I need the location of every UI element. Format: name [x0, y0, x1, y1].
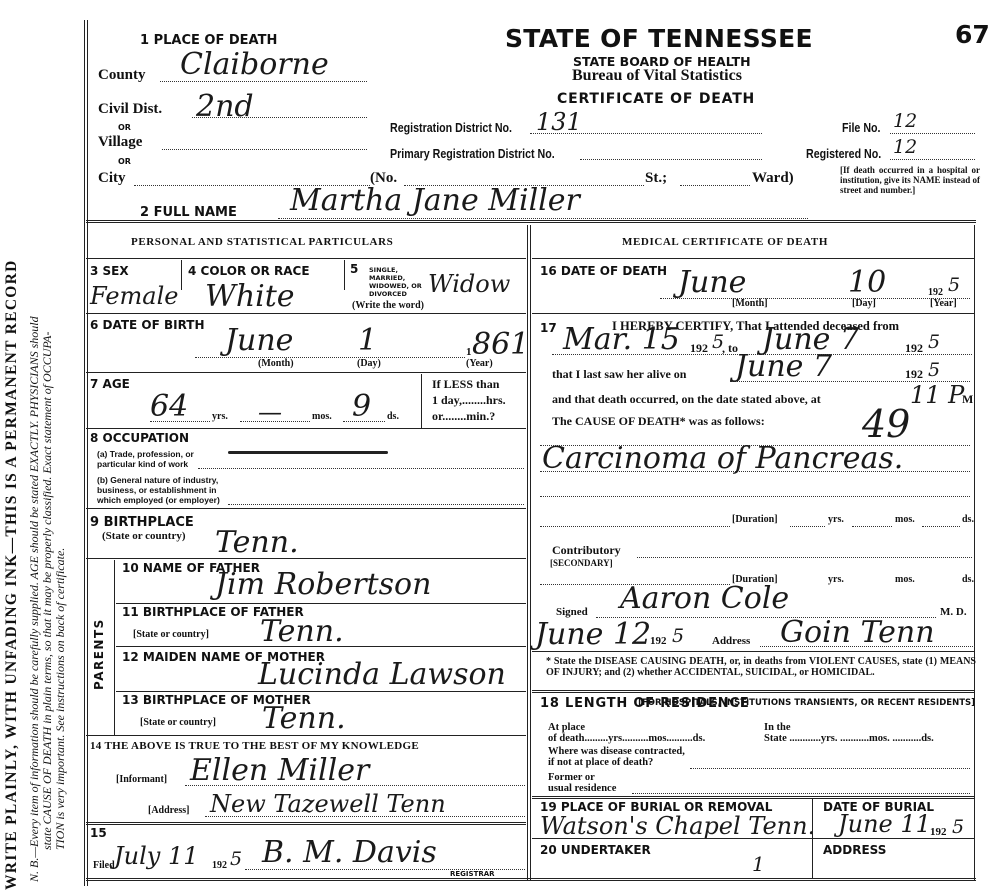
undertaker-address-label: ADDRESS [823, 843, 886, 857]
duration-line-1 [540, 525, 730, 527]
race-divider [344, 260, 345, 290]
signed-date[interactable]: June 12 [535, 620, 651, 650]
informant-label: [Informant] [116, 774, 167, 785]
duration-mos-line-1 [852, 525, 892, 527]
parents-label: PARENTS [92, 618, 106, 690]
medical-rule-4 [532, 690, 974, 693]
personal-rule-5 [86, 508, 526, 509]
parents-rule-3 [116, 691, 526, 692]
dob-year[interactable]: 861 [472, 330, 529, 360]
civil-dist-value[interactable]: 2nd [196, 92, 254, 122]
less-than-line3: or........min.? [432, 409, 495, 424]
primary-registration-label: Primary Registration District No. [390, 146, 555, 161]
duration-yrs-1: yrs. [828, 514, 844, 525]
or-label-2: OR [118, 158, 131, 166]
death-time-suffix: M [962, 392, 973, 407]
full-name-value[interactable]: Martha Jane Miller [290, 186, 580, 216]
birthplace-label: 9 BIRTHPLACE [90, 515, 194, 530]
attended-from-year-prefix: 192 [690, 341, 708, 356]
age-years-value[interactable]: 64 [150, 392, 188, 422]
sex-value[interactable]: Female [90, 284, 179, 308]
age-months-value[interactable]: — [258, 400, 282, 424]
at-place-line1: At place [548, 722, 585, 733]
race-label: 4 COLOR OR RACE [188, 264, 310, 278]
contracted-line1: Where was disease contracted, [548, 746, 685, 757]
primary-registration-field[interactable] [580, 158, 762, 160]
father-name-value[interactable]: Jim Robertson [215, 570, 431, 600]
personal-rule-3 [86, 372, 526, 373]
state-title: STATE OF TENNESSEE [505, 24, 813, 53]
parents-rule-1 [116, 603, 526, 604]
occupation-label: 8 OCCUPATION [90, 431, 189, 445]
death-time[interactable]: 11 P [910, 383, 964, 407]
occupation-b-field[interactable] [228, 503, 524, 505]
informant-value[interactable]: Ellen Miller [190, 756, 369, 786]
registration-district-label: Registration District No. [390, 120, 512, 135]
marital-options: SINGLE, MARRIED, WIDOWED, OR DIVORCED [369, 266, 429, 298]
sex-label: 3 SEX [90, 264, 129, 278]
age-yrs-caption: yrs. [212, 411, 228, 422]
margin-nb-line3: TION is very important. See instructions… [54, 10, 67, 890]
attended-to-year[interactable]: 5 [928, 333, 940, 352]
contracted-line2: if not at place of death? [548, 757, 653, 768]
occupation-b-label: (b) General nature of industry, business… [97, 475, 232, 505]
personal-rule-1 [86, 258, 526, 259]
margin-title: WRITE PLAINLY, WITH UNFADING INK—THIS IS… [2, 10, 22, 890]
hospital-note: [If death occurred in a hospital or inst… [840, 165, 980, 195]
cause-label: The CAUSE OF DEATH* was as follows: [552, 414, 765, 429]
duration-ds-line-1 [922, 525, 960, 527]
personal-rule-4 [86, 428, 526, 429]
birthplace-value[interactable]: Tenn. [215, 528, 299, 558]
right-border [974, 225, 975, 880]
former-line1: Former or [548, 772, 595, 783]
last-saw-value[interactable]: June 7 [735, 352, 832, 382]
margin-instructions: WRITE PLAINLY, WITH UNFADING INK—THIS IS… [2, 10, 67, 890]
dob-year-prefix: 1 [466, 346, 472, 358]
dob-month-caption: (Month) [258, 358, 294, 369]
page-number: 67 [955, 20, 990, 49]
occupation-a-label: (a) Trade, profession, or particular kin… [97, 449, 232, 469]
registrar-label: REGISTRAR [450, 870, 495, 878]
parents-rule-4 [86, 735, 526, 736]
undertaker-label: 20 UNDERTAKER [540, 843, 651, 857]
filed-label: Filed [93, 860, 115, 871]
filed-date[interactable]: July 11 [114, 844, 198, 868]
residence-note: [FOR HOSPITALS, INSTITUTIONS TRANSIENTS,… [560, 697, 975, 709]
duration-yrs-line-1 [790, 525, 825, 527]
dod-month[interactable]: June [678, 268, 746, 298]
physician-address-label: Address [712, 635, 750, 647]
dob-year-caption: (Year) [466, 358, 493, 369]
filed-number: 15 [90, 826, 107, 840]
burial-place-value[interactable]: Watson's Chapel Tenn. [540, 814, 815, 838]
in-state-line2[interactable]: State ............yrs. ...........mos. .… [764, 733, 934, 744]
registered-no-value[interactable]: 12 [893, 138, 917, 157]
informant-rule [86, 822, 526, 825]
certificate-title: CERTIFICATE OF DEATH [557, 91, 755, 107]
county-value[interactable]: Claiborne [180, 50, 329, 80]
informant-address-value[interactable]: New Tazewell Tenn [210, 792, 446, 816]
civil-dist-label: Civil Dist. [98, 101, 162, 118]
filed-year-prefix: 192 [212, 860, 227, 871]
duration-ds-2: ds. [962, 574, 974, 585]
burial-year[interactable]: 5 [952, 818, 964, 837]
less-than-line1: If LESS than [432, 377, 499, 392]
registered-no-label: Registered No. [806, 146, 881, 161]
father-birthplace-sub: [State or country] [133, 629, 209, 640]
age-label: 7 AGE [90, 377, 130, 391]
father-birthplace-label: 11 BIRTHPLACE OF FATHER [122, 607, 242, 617]
last-saw-label: that I last saw her alive on [552, 367, 686, 382]
age-mos-caption: mos. [312, 411, 332, 422]
parents-rule-2 [116, 646, 526, 647]
center-divider [527, 225, 531, 880]
informant-address-label: [Address] [148, 805, 189, 816]
file-no-line [890, 132, 975, 134]
burial-rule [532, 838, 974, 839]
at-place-line2[interactable]: of death.........yrs..........mos.......… [548, 733, 705, 744]
or-label-1: OR [118, 124, 131, 132]
physician-address-value[interactable]: Goin Tenn [780, 618, 935, 648]
mother-birthplace-sub: [State or country] [140, 717, 216, 728]
physician-signature[interactable]: Aaron Cole [620, 584, 789, 614]
father-birthplace-value[interactable]: Tenn. [260, 617, 344, 647]
occupation-a-value[interactable] [228, 451, 388, 454]
dob-month[interactable]: June [225, 326, 293, 356]
registered-no-line [890, 158, 975, 160]
marital-number: 5 [350, 262, 358, 276]
medical-rule-2 [532, 313, 974, 314]
city-label: City [98, 170, 126, 187]
burial-date-value[interactable]: June 11 [838, 812, 931, 836]
name-divider [86, 220, 976, 223]
residence-rule [532, 796, 974, 799]
cause-line-3 [540, 495, 970, 497]
bottom-border [86, 878, 976, 881]
duration-yrs-2: yrs. [828, 574, 844, 585]
bureau-title: Bureau of Vital Statistics [572, 67, 742, 85]
occupation-a-line [198, 467, 524, 469]
last-saw-year-prefix: 192 [905, 367, 923, 382]
residence-note-text: [FOR HOSPITALS, INSTITUTIONS TRANSIENTS,… [638, 698, 975, 708]
age-ds-caption: ds. [387, 411, 399, 422]
registration-district-value[interactable]: 131 [536, 110, 582, 134]
undertaker-value[interactable]: 1 [752, 852, 765, 876]
burial-year-prefix: 192 [930, 826, 947, 838]
contributory-label: Contributory [552, 543, 621, 558]
birthplace-sub: (State or country) [102, 530, 186, 542]
less-than-divider [421, 374, 422, 429]
informant-statement: 14 THE ABOVE IS TRUE TO THE BEST OF MY K… [90, 740, 419, 752]
dod-year-caption: [Year] [930, 298, 957, 309]
last-saw-year[interactable]: 5 [928, 361, 940, 380]
st-label: St.; [645, 170, 667, 187]
duration-label-1: [Duration] [732, 514, 778, 525]
duration-ds-1: ds. [962, 514, 974, 525]
attended-from[interactable]: Mar. 15 [563, 325, 680, 355]
ward-label: Ward) [752, 170, 794, 187]
certify-number: 17 [540, 321, 557, 335]
personal-rule-2 [86, 313, 526, 314]
cause-annotation: 49 [862, 402, 910, 446]
parents-divider [114, 560, 115, 735]
personal-rule-6 [86, 558, 526, 559]
dod-day-caption: [Day] [852, 298, 876, 309]
mother-birthplace-value[interactable]: Tenn. [262, 704, 346, 734]
contributory-field[interactable] [637, 556, 972, 558]
marital-hint: (Write the word) [352, 300, 424, 311]
dod-year-prefix: 192 [928, 287, 943, 298]
dod-year[interactable]: 5 [948, 276, 960, 295]
duration-mos-1: mos. [895, 514, 915, 525]
left-border [84, 20, 88, 886]
dod-day[interactable]: 10 [848, 268, 886, 298]
former-line2: usual residence [548, 783, 616, 794]
medical-rule-1 [532, 258, 974, 259]
mother-name-value[interactable]: Lucinda Lawson [258, 660, 506, 690]
dod-month-caption: [Month] [732, 298, 768, 309]
mother-birthplace-label: 13 BIRTHPLACE OF MOTHER [122, 695, 242, 705]
place-of-death-label: 1 PLACE OF DEATH [140, 33, 277, 48]
sex-divider [181, 260, 182, 290]
race-value[interactable]: White [205, 282, 295, 312]
dob-day[interactable]: 1 [358, 326, 377, 356]
date-of-death-label: 16 DATE OF DEATH [540, 264, 667, 278]
file-no-value[interactable]: 12 [893, 112, 917, 131]
registrar-value[interactable]: B. M. Davis [262, 838, 437, 868]
filed-year[interactable]: 5 [230, 850, 242, 869]
cause-footnote: * State the DISEASE CAUSING DEATH, or, i… [546, 656, 976, 678]
marital-value[interactable]: Widow [428, 272, 510, 296]
signed-year-prefix: 192 [650, 635, 667, 647]
former-residence-field[interactable] [632, 792, 970, 794]
in-state-line1: In the [764, 722, 791, 733]
file-no-label: File No. [842, 120, 881, 135]
father-name-label: 10 NAME OF FATHER [122, 563, 217, 573]
duration-mos-2: mos. [895, 574, 915, 585]
signed-year[interactable]: 5 [672, 627, 684, 646]
county-label: County [98, 67, 146, 84]
medical-section-title: MEDICAL CERTIFICATE OF DEATH [622, 236, 828, 248]
attended-to-year-prefix: 192 [905, 341, 923, 356]
mother-name-label: 12 MAIDEN NAME OF MOTHER [122, 652, 267, 663]
age-days-value[interactable]: 9 [352, 392, 371, 422]
cause-value[interactable]: Carcinoma of Pancreas. [542, 444, 903, 474]
dob-day-caption: (Day) [357, 358, 381, 369]
secondary-label: [SECONDARY] [550, 558, 613, 568]
medical-rule-3 [532, 651, 974, 652]
death-occurred-label: and that death occurred, on the date sta… [552, 392, 821, 407]
md-label: M. D. [940, 606, 967, 618]
village-field[interactable] [162, 148, 367, 150]
less-than-line2: 1 day,........hrs. [432, 393, 506, 408]
full-name-label: 2 FULL NAME [140, 205, 237, 220]
dob-label: 6 DATE OF BIRTH [90, 318, 205, 332]
contracted-field[interactable] [690, 767, 970, 769]
ward-field[interactable] [680, 184, 750, 186]
village-label: Village [98, 134, 142, 151]
personal-section-title: PERSONAL AND STATISTICAL PARTICULARS [131, 236, 393, 248]
